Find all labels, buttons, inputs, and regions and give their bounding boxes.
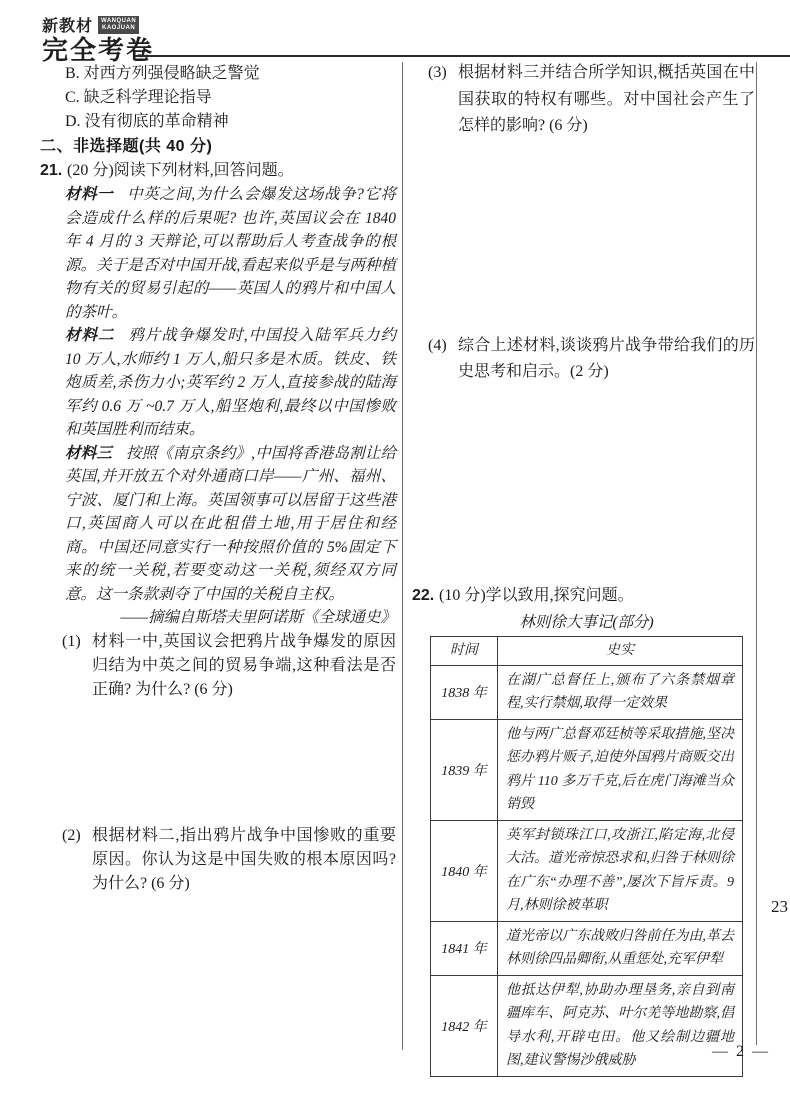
- table-cell-time: 1839 年: [431, 719, 498, 820]
- choice-option-b-text: 对西方列强侵略缺乏警觉: [84, 65, 260, 82]
- adjacent-page-marker: 23: [771, 897, 788, 917]
- right-column: (3) 根据材料三并结合所学知识,概括英国在中国获取的特权有哪些。对中国社会产生…: [412, 60, 755, 1077]
- subquestion-2-label: (2): [62, 824, 92, 896]
- table-header-fact: 史实: [498, 636, 743, 665]
- right-edge-rule: [756, 62, 757, 1045]
- subquestion-4-label: (4): [428, 333, 458, 386]
- material-1-paragraph: 材料一中英之间,为什么会爆发这场战争?它将会造成什么样的后果呢? 也许,英国议会…: [40, 183, 396, 324]
- question-22-intro: (10 分)学以致用,探究问题。: [439, 583, 634, 609]
- subquestion-3-label: (3): [428, 60, 458, 140]
- choice-option-c-label: C.: [65, 89, 80, 106]
- left-column: B. 对西方列强侵略缺乏警觉 C. 缺乏科学理论指导 D. 没有彻底的革命精神 …: [40, 62, 396, 896]
- table-header-row: 时间 史实: [431, 636, 743, 665]
- brand-name-main: 完全考卷: [42, 36, 154, 64]
- answer-blank-space: [412, 386, 755, 583]
- brand-badge-line1: WANQUAN: [101, 18, 136, 25]
- masthead-rule: [135, 55, 790, 57]
- table-cell-time: 1842 年: [431, 975, 498, 1076]
- subquestion-2: (2) 根据材料二,指出鸦片战争中国惨败的重要原因。你认为这是中国失败的根本原因…: [40, 824, 396, 896]
- subquestion-1-label: (1): [62, 630, 92, 702]
- subquestion-1-text: 材料一中,英国议会把鸦片战争爆发的原因归结为中英之间的贸易争端,这种看法是否正确…: [92, 630, 396, 702]
- table-row-1842: 1842 年 他抵达伊犁,协助办理垦务,亲自到南疆库车、阿克苏、叶尔羌等地勘察,…: [431, 975, 743, 1076]
- choice-option-c-text: 缺乏科学理论指导: [84, 89, 212, 106]
- material-source: ——摘编自斯塔夫里阿诺斯《全球通史》: [40, 606, 396, 630]
- table-cell-fact: 他与两广总督邓廷桢等采取措施,坚决惩办鸦片贩子,迫使外国鸦片商贩交出鸦片 110…: [498, 719, 743, 820]
- subquestion-2-text: 根据材料二,指出鸦片战争中国惨败的重要原因。你认为这是中国失败的根本原因吗? 为…: [92, 824, 396, 896]
- exam-page: 新教材 WANQUAN KAOJUAN 完全考卷 B. 对西方列强侵略缺乏警觉 …: [0, 0, 790, 1108]
- choice-option-d-text: 没有彻底的革命精神: [85, 113, 229, 130]
- table-cell-fact: 英军封锁珠江口,攻浙江,陷定海,北侵大沽。道光帝惊恐求和,归咎于林则徐在广东“办…: [498, 820, 743, 921]
- brand-badge-line2: KAOJUAN: [101, 25, 136, 32]
- choice-option-b: B. 对西方列强侵略缺乏警觉: [40, 62, 396, 86]
- material-2-label: 材料二: [65, 327, 114, 344]
- table-row-1840: 1840 年 英军封锁珠江口,攻浙江,陷定海,北侵大沽。道光帝惊恐求和,归咎于林…: [431, 820, 743, 921]
- subquestion-1: (1) 材料一中,英国议会把鸦片战争爆发的原因归结为中英之间的贸易争端,这种看法…: [40, 630, 396, 702]
- column-divider: [402, 62, 403, 1050]
- question-21-intro: (20 分)阅读下列材料,回答问题。: [67, 159, 294, 183]
- question-22-number: 22.: [412, 583, 439, 609]
- subquestion-3-text: 根据材料三并结合所学知识,概括英国在中国获取的特权有哪些。对中国社会产生了怎样的…: [458, 60, 755, 140]
- question-21-number: 21.: [40, 159, 67, 183]
- table-cell-fact: 他抵达伊犁,协助办理垦务,亲自到南疆库车、阿克苏、叶尔羌等地勘察,倡导水利,开辟…: [498, 975, 743, 1076]
- subquestion-3: (3) 根据材料三并结合所学知识,概括英国在中国获取的特权有哪些。对中国社会产生…: [412, 60, 755, 140]
- question-21: 21. (20 分)阅读下列材料,回答问题。: [40, 159, 396, 183]
- question-22: 22. (10 分)学以致用,探究问题。: [412, 583, 755, 609]
- brand-badge: WANQUAN KAOJUAN: [98, 16, 139, 34]
- subquestion-4-text: 综合上述材料,谈谈鸦片战争带给我们的历史思考和启示。(2 分): [458, 333, 755, 386]
- choice-option-d: D. 没有彻底的革命精神: [40, 110, 396, 134]
- table-cell-time: 1840 年: [431, 820, 498, 921]
- table-cell-time: 1841 年: [431, 921, 498, 975]
- choice-option-b-label: B.: [65, 65, 80, 82]
- choice-option-c: C. 缺乏科学理论指导: [40, 86, 396, 110]
- table-cell-fact: 道光帝以广东战败归咎前任为由,革去林则徐四品卿衔,从重惩处,充军伊犁: [498, 921, 743, 975]
- section-heading: 二、非选择题(共 40 分): [40, 134, 396, 159]
- table-header-time: 时间: [431, 636, 498, 665]
- table-row-1839: 1839 年 他与两广总督邓廷桢等采取措施,坚决惩办鸦片贩子,迫使外国鸦片商贩交…: [431, 719, 743, 820]
- table-row-1838: 1838 年 在湖广总督任上,颁布了六条禁烟章程,实行禁烟,取得一定效果: [431, 665, 743, 719]
- table-cell-time: 1838 年: [431, 665, 498, 719]
- material-1-label: 材料一: [65, 186, 113, 203]
- material-3-label: 材料三: [65, 445, 112, 462]
- events-table-title: 林则徐大事记(部分): [430, 609, 743, 636]
- material-3-text: 按照《南京条约》,中国将香港岛割让给英国,并开放五个对外通商口岸——广州、福州、…: [65, 445, 396, 603]
- brand-name-small: 新教材: [42, 13, 93, 36]
- answer-blank-space: [412, 140, 755, 333]
- table-row-1841: 1841 年 道光帝以广东战败归咎前任为由,革去林则徐四品卿衔,从重惩处,充军伊…: [431, 921, 743, 975]
- table-cell-fact: 在湖广总督任上,颁布了六条禁烟章程,实行禁烟,取得一定效果: [498, 665, 743, 719]
- material-1-text: 中英之间,为什么会爆发这场战争?它将会造成什么样的后果呢? 也许,英国议会在 1…: [65, 186, 396, 321]
- subquestion-4: (4) 综合上述材料,谈谈鸦片战争带给我们的历史思考和启示。(2 分): [412, 333, 755, 386]
- choice-option-d-label: D.: [65, 113, 81, 130]
- answer-blank-space: [40, 702, 396, 824]
- material-3-paragraph: 材料三按照《南京条约》,中国将香港岛割让给英国,并开放五个对外通商口岸——广州、…: [40, 442, 396, 607]
- linzexu-events-table: 时间 史实 1838 年 在湖广总督任上,颁布了六条禁烟章程,实行禁烟,取得一定…: [430, 636, 743, 1077]
- page-number: — 2 —: [712, 1043, 770, 1061]
- material-2-text: 鸦片战争爆发时,中国投入陆军兵力约 10 万人,水师约 1 万人,船只多是木质。…: [65, 327, 396, 438]
- material-2-paragraph: 材料二鸦片战争爆发时,中国投入陆军兵力约 10 万人,水师约 1 万人,船只多是…: [40, 324, 396, 442]
